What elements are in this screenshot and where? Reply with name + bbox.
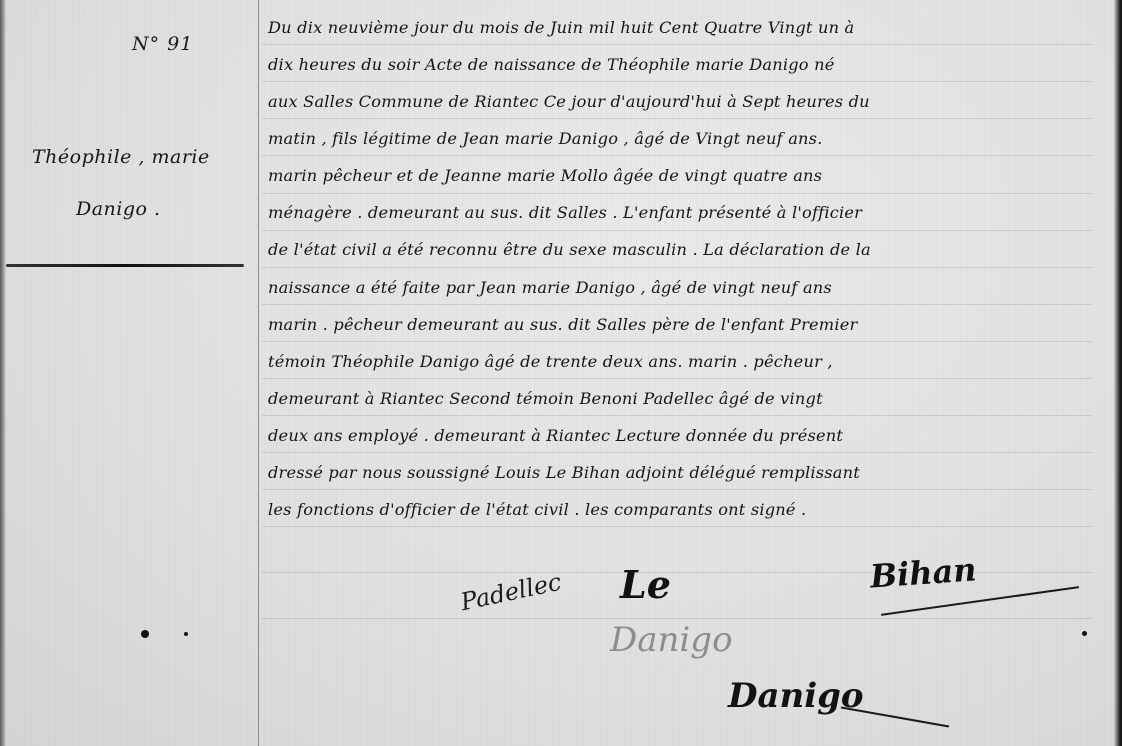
record-line-12: deux ans employé . demeurant à Riantec L… [268,426,843,445]
record-line-11: demeurant à Riantec Second témoin Benoni… [268,389,823,408]
margin-divider-line [258,0,259,746]
record-line-3: aux Salles Commune de Riantec Ce jour d'… [268,92,870,111]
signatures-block: Padellec Le Bihan Danigo Danigo [440,548,1100,746]
ruled-line [262,378,1092,379]
margin-column: N° 91 Théophile , marie Danigo . [20,0,250,746]
ink-dot [141,630,149,638]
signature-le: Le [620,562,671,607]
record-line-10: témoin Théophile Danigo âgé de trente de… [268,352,833,371]
ruled-line [262,118,1092,119]
ruled-line [262,304,1092,305]
ruled-line [262,341,1092,342]
record-line-6: ménagère . demeurant au sus. dit Salles … [268,203,862,222]
ruled-line [262,452,1092,453]
ruled-line [262,155,1092,156]
ink-dot [184,632,188,636]
signature-flourish [841,706,950,727]
record-line-7: de l'état civil a été reconnu être du se… [268,240,871,259]
page-left-edge-shadow [0,0,6,746]
ruled-line [262,415,1092,416]
ruled-line [262,526,1092,527]
entry-number: N° 91 [132,33,193,55]
record-line-4: matin , fils légitime de Jean marie Dani… [268,129,823,148]
margin-child-name-line-1: Théophile , marie [32,146,210,168]
signature-padellec: Padellec [458,568,564,617]
margin-child-name-line-2: Danigo . [76,198,161,220]
record-line-13: dressé par nous soussigné Louis Le Bihan… [268,463,860,482]
record-line-1: Du dix neuvième jour du mois de Juin mil… [268,18,854,37]
ruled-line [262,44,1092,45]
record-line-14: les fonctions d'officier de l'état civil… [268,500,806,519]
signature-bihan: Bihan [869,550,978,595]
page-right-edge-shadow [1114,0,1122,746]
record-line-8: naissance a été faite par Jean marie Dan… [268,278,832,297]
signature-danigo-faded: Danigo [610,620,733,660]
margin-separator-rule [6,264,244,267]
ruled-line [262,489,1092,490]
ruled-line [262,193,1092,194]
register-page: N° 91 Théophile , marie Danigo . Du dix … [0,0,1122,746]
record-line-5: marin pêcheur et de Jeanne marie Mollo â… [268,166,822,185]
ruled-line [262,230,1092,231]
record-line-9: marin . pêcheur demeurant au sus. dit Sa… [268,315,857,334]
signature-danigo: Danigo [728,676,864,716]
ruled-line [262,267,1092,268]
ruled-line [262,81,1092,82]
record-line-2: dix heures du soir Acte de naissance de … [268,55,835,74]
